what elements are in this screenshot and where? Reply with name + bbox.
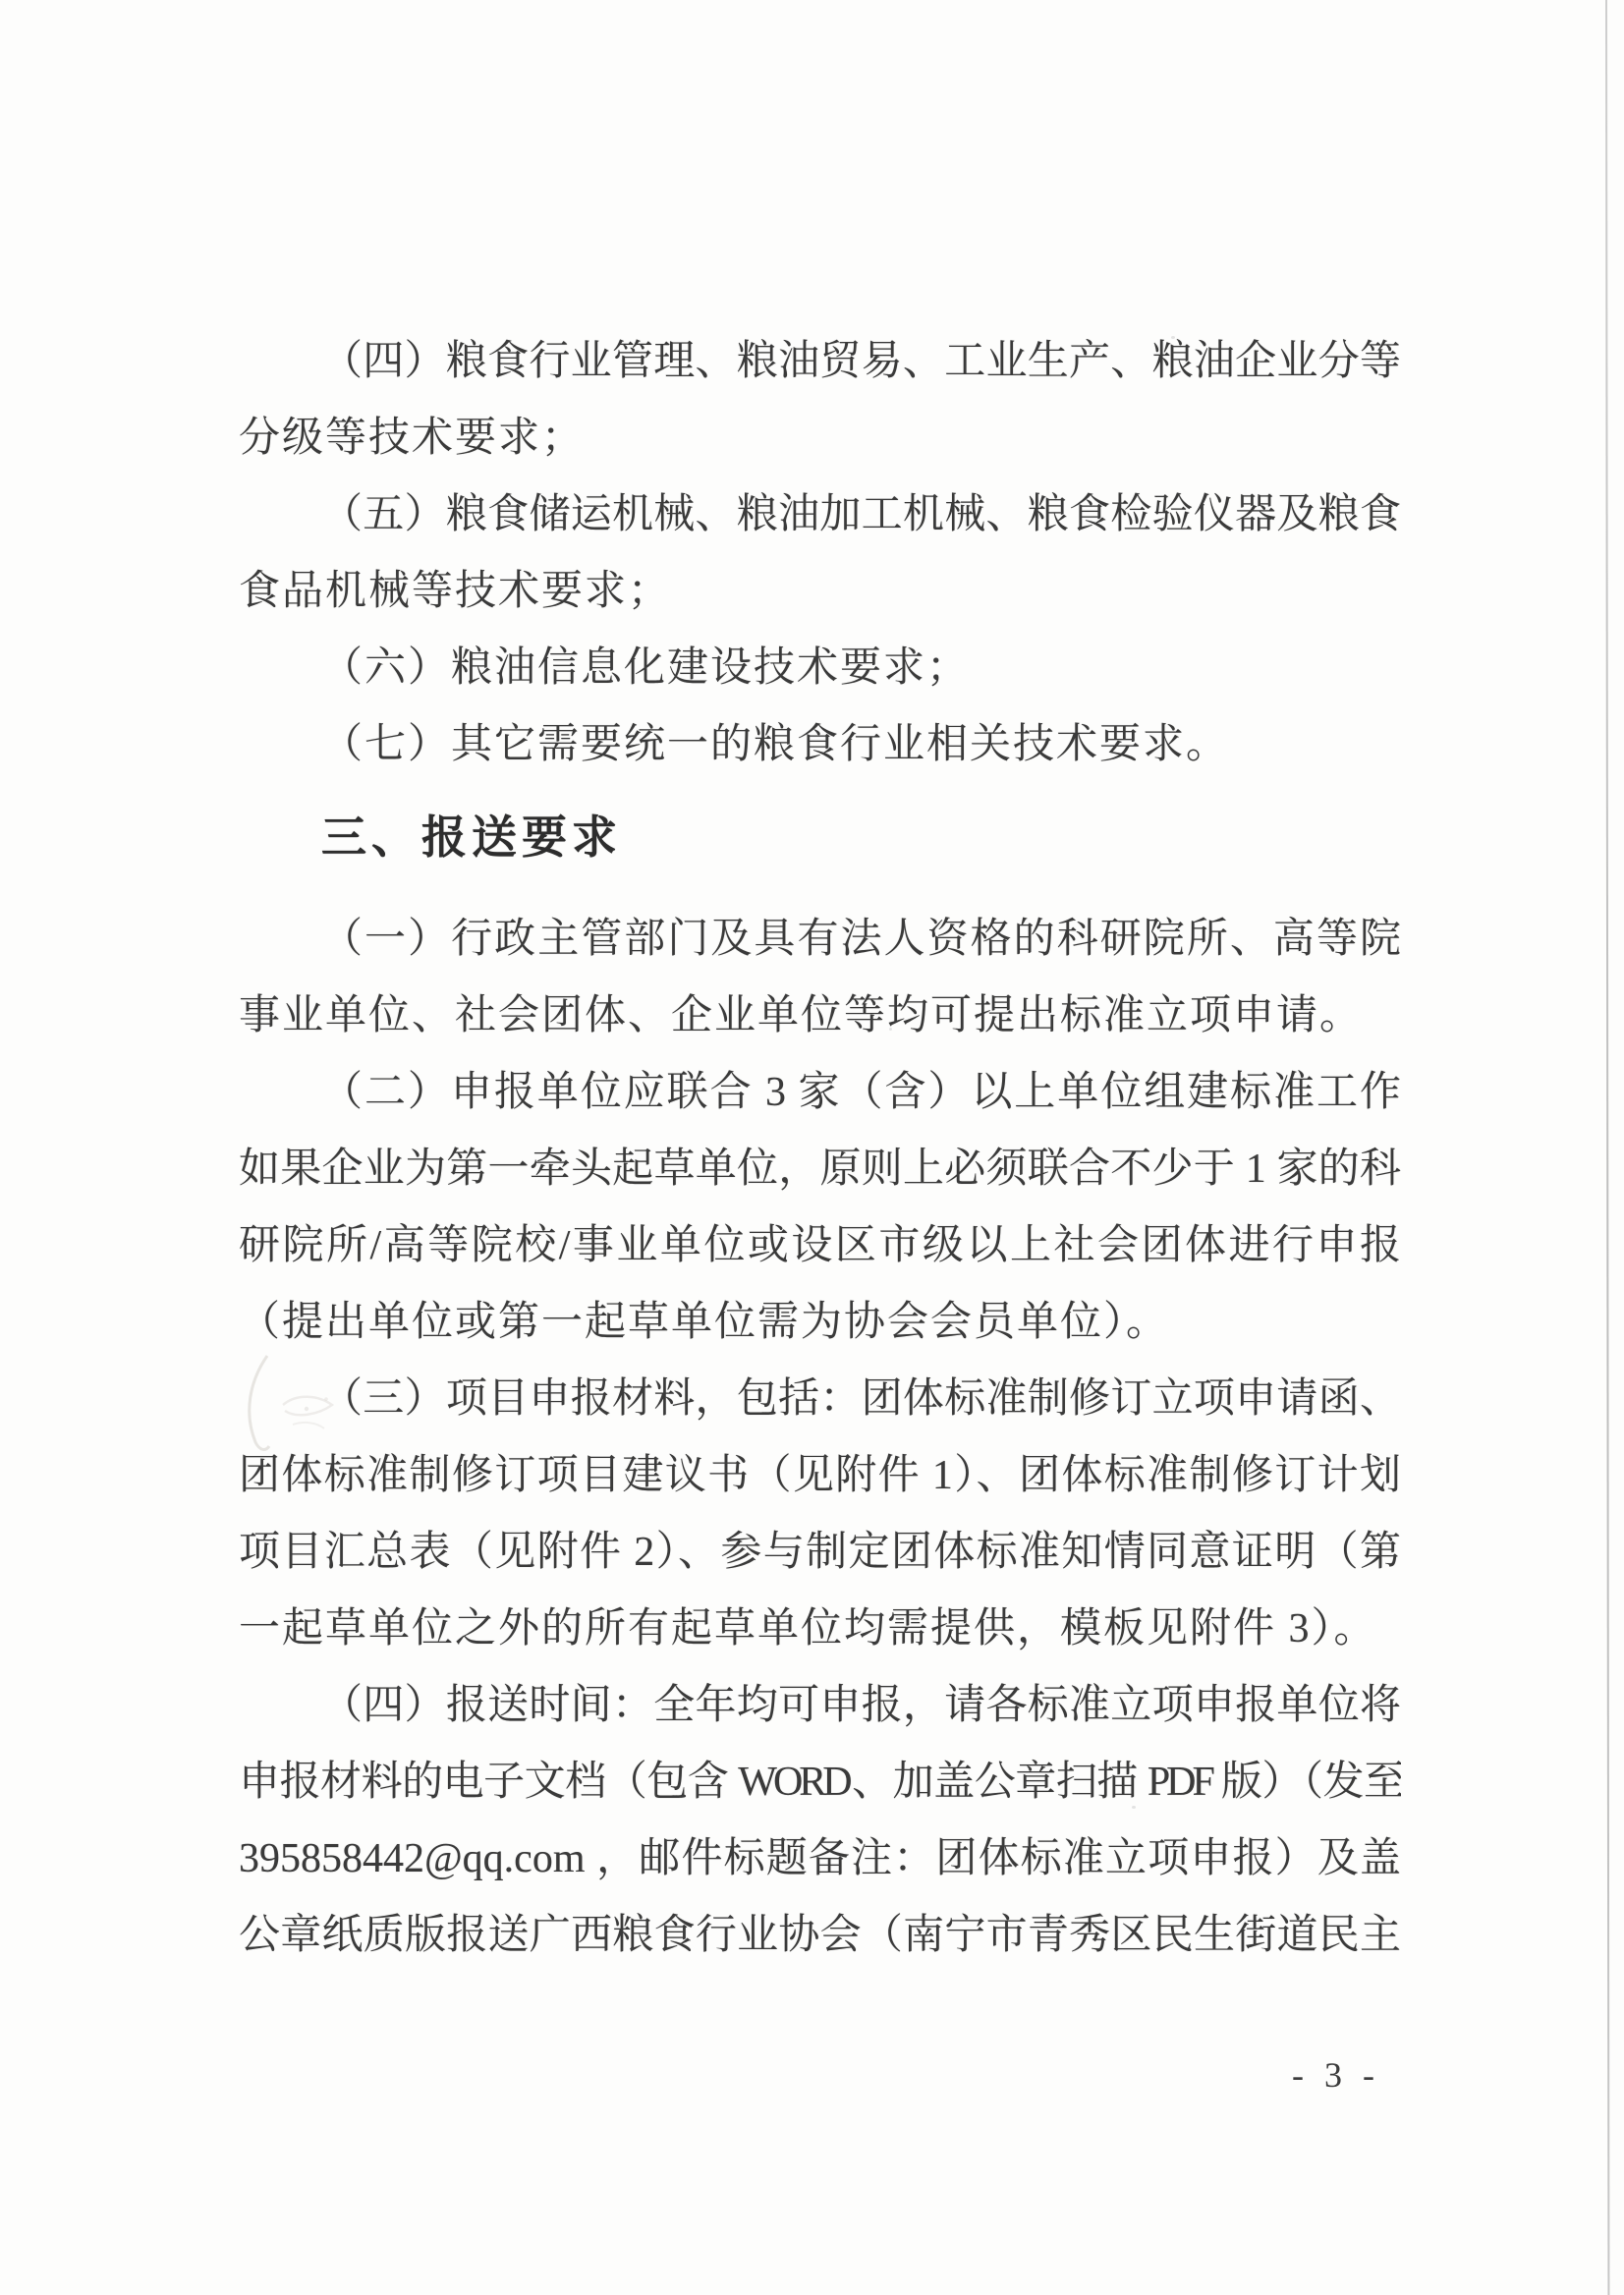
text-line: 项目汇总表（见附件 2）、参与制定团体标准知情同意证明（第	[239, 1514, 1401, 1591]
text-line: 395858442@qq.com ，邮件标题备注：团体标准立项申报）及盖	[239, 1820, 1401, 1897]
text-line: （七）其它需要统一的粮食行业相关技术要求。	[239, 706, 1401, 783]
text-line: 申报材料的电子文档（包含 WORD、加盖公章扫描 PDF 版）（发至	[239, 1744, 1401, 1820]
page-number: - 3 -	[1277, 2053, 1395, 2097]
text-line: 分级等技术要求；	[239, 400, 1401, 476]
text-line: （五）粮食储运机械、粮油加工机械、粮食检验仪器及粮食	[239, 476, 1401, 553]
text-line: （提出单位或第一起草单位需为协会会员单位）。	[239, 1284, 1401, 1361]
text-line: （三）项目申报材料，包括：团体标准制修订立项申请函、	[239, 1361, 1401, 1437]
text-line: （六）粮油信息化建设技术要求；	[239, 630, 1401, 706]
text-line: 食品机械等技术要求；	[239, 553, 1401, 630]
text-line: 团体标准制修订项目建议书（见附件 1）、团体标准制修订计划	[239, 1437, 1401, 1514]
text-line: （四）粮食行业管理、粮油贸易、工业生产、粮油企业分等	[239, 323, 1401, 400]
text-line: （四）报送时间：全年均可申报，请各标准立项申报单位将	[239, 1667, 1401, 1744]
text-line: （二）申报单位应联合 3 家（含）以上单位组建标准工作组，	[239, 1054, 1401, 1131]
text-line: 研院所/高等院校/事业单位或设区市级以上社会团体进行申报	[239, 1207, 1401, 1284]
section-heading: 三、报送要求	[239, 799, 1401, 875]
text-line: 事业单位、社会团体、企业单位等均可提出标准立项申请。	[239, 978, 1401, 1054]
text-line: 一起草单位之外的所有起草单位均需提供，模板见附件 3）。	[239, 1591, 1401, 1667]
scan-edge-line	[1605, 0, 1609, 2295]
text-line: 如果企业为第一牵头起草单位，原则上必须联合不少于 1 家的科	[239, 1131, 1401, 1207]
document-body: （四）粮食行业管理、粮油贸易、工业生产、粮油企业分等分级等技术要求；（五）粮食储…	[239, 323, 1401, 1974]
text-line: 公章纸质版报送广西粮食行业协会（南宁市青秀区民生街道民主	[239, 1897, 1401, 1974]
text-line: （一）行政主管部门及具有法人资格的科研院所、高等院校、	[239, 901, 1401, 978]
document-page: （四）粮食行业管理、粮油贸易、工业生产、粮油企业分等分级等技术要求；（五）粮食储…	[0, 0, 1624, 2295]
